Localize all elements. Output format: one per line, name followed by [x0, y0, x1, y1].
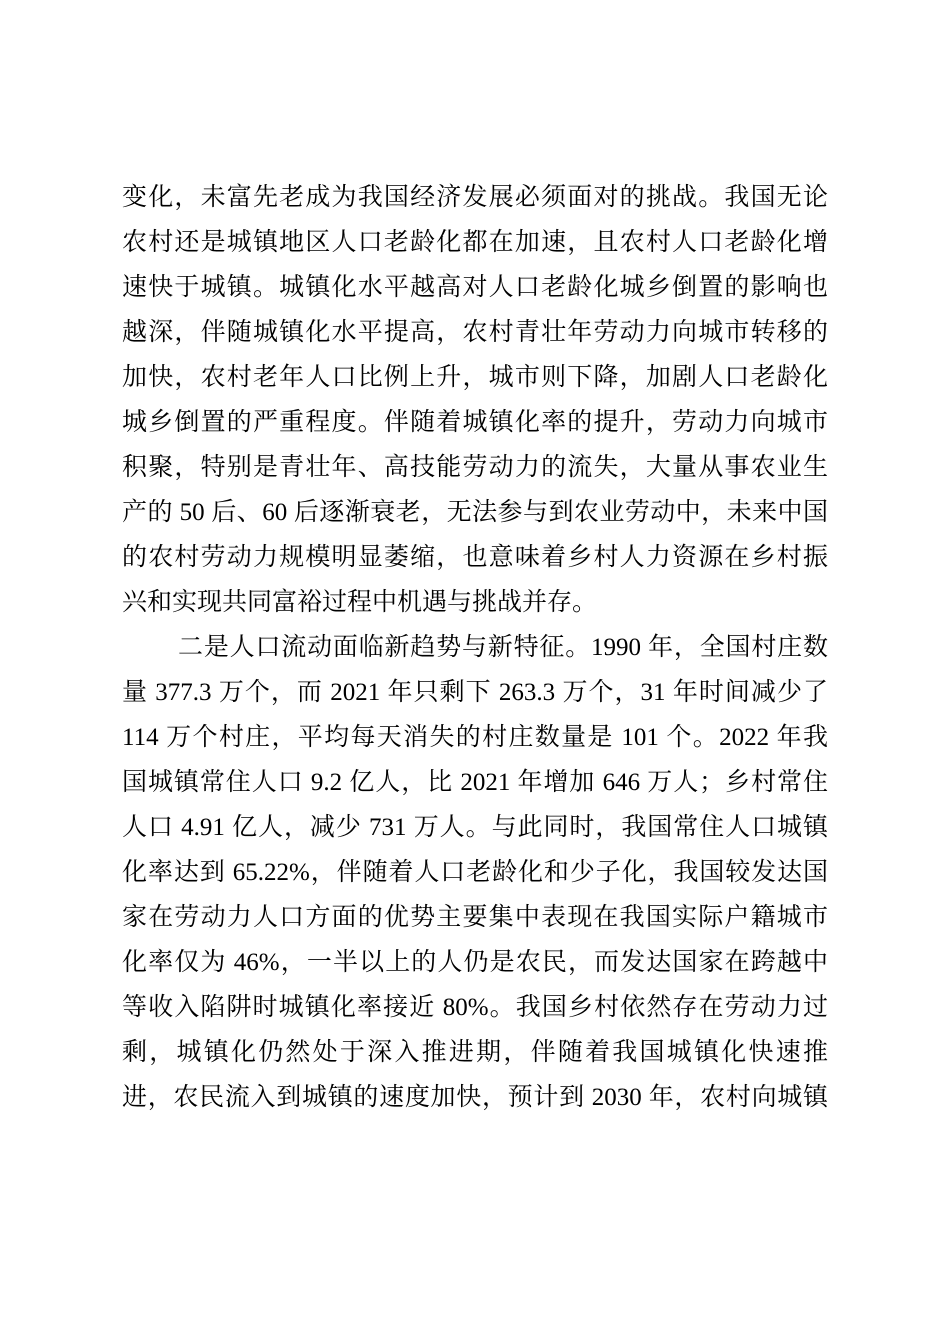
text-line: 兴和实现共同富裕过程中机遇与挑战并存。: [122, 580, 828, 625]
document-page: 变化，未富先老成为我国经济发展必须面对的挑战。我国无论 农村还是城镇地区人口老龄…: [0, 0, 950, 1344]
text-line: 等收入陷阱时城镇化率接近 80%。我国乡村依然存在劳动力过: [122, 985, 828, 1030]
text-line: 进，农民流入到城镇的速度加快，预计到 2030 年，农村向城镇: [122, 1075, 828, 1120]
document-body: 变化，未富先老成为我国经济发展必须面对的挑战。我国无论 农村还是城镇地区人口老龄…: [122, 175, 828, 1120]
text-line: 加快，农村老年人口比例上升，城市则下降，加剧人口老龄化: [122, 355, 828, 400]
paragraph-population-migration: 二是人口流动面临新趋势与新特征。1990 年，全国村庄数 量 377.3 万个，…: [122, 625, 828, 1120]
text-line: 化率达到 65.22%，伴随着人口老龄化和少子化，我国较发达国: [122, 850, 828, 895]
text-line: 积聚，特别是青壮年、高技能劳动力的流失，大量从事农业生: [122, 445, 828, 490]
text-line: 量 377.3 万个，而 2021 年只剩下 263.3 万个，31 年时间减少…: [122, 670, 828, 715]
text-line: 人口 4.91 亿人，减少 731 万人。与此同时，我国常住人口城镇: [122, 805, 828, 850]
text-line: 家在劳动力人口方面的优势主要集中表现在我国实际户籍城市: [122, 895, 828, 940]
paragraph-population-aging: 变化，未富先老成为我国经济发展必须面对的挑战。我国无论 农村还是城镇地区人口老龄…: [122, 175, 828, 625]
text-line: 国城镇常住人口 9.2 亿人，比 2021 年增加 646 万人；乡村常住: [122, 760, 828, 805]
text-line: 产的 50 后、60 后逐渐衰老，无法参与到农业劳动中，未来中国: [122, 490, 828, 535]
text-line: 剩，城镇化仍然处于深入推进期，伴随着我国城镇化快速推: [122, 1030, 828, 1075]
text-line: 城乡倒置的严重程度。伴随着城镇化率的提升，劳动力向城市: [122, 400, 828, 445]
text-line: 114 万个村庄，平均每天消失的村庄数量是 101 个。2022 年我: [122, 715, 828, 760]
text-line: 化率仅为 46%，一半以上的人仍是农民，而发达国家在跨越中: [122, 940, 828, 985]
text-line: 二是人口流动面临新趋势与新特征。1990 年，全国村庄数: [122, 625, 828, 670]
text-line: 速快于城镇。城镇化水平越高对人口老龄化城乡倒置的影响也: [122, 265, 828, 310]
text-line: 的农村劳动力规模明显萎缩，也意味着乡村人力资源在乡村振: [122, 535, 828, 580]
text-line: 越深，伴随城镇化水平提高，农村青壮年劳动力向城市转移的: [122, 310, 828, 355]
text-line: 农村还是城镇地区人口老龄化都在加速，且农村人口老龄化增: [122, 220, 828, 265]
text-line: 变化，未富先老成为我国经济发展必须面对的挑战。我国无论: [122, 175, 828, 220]
